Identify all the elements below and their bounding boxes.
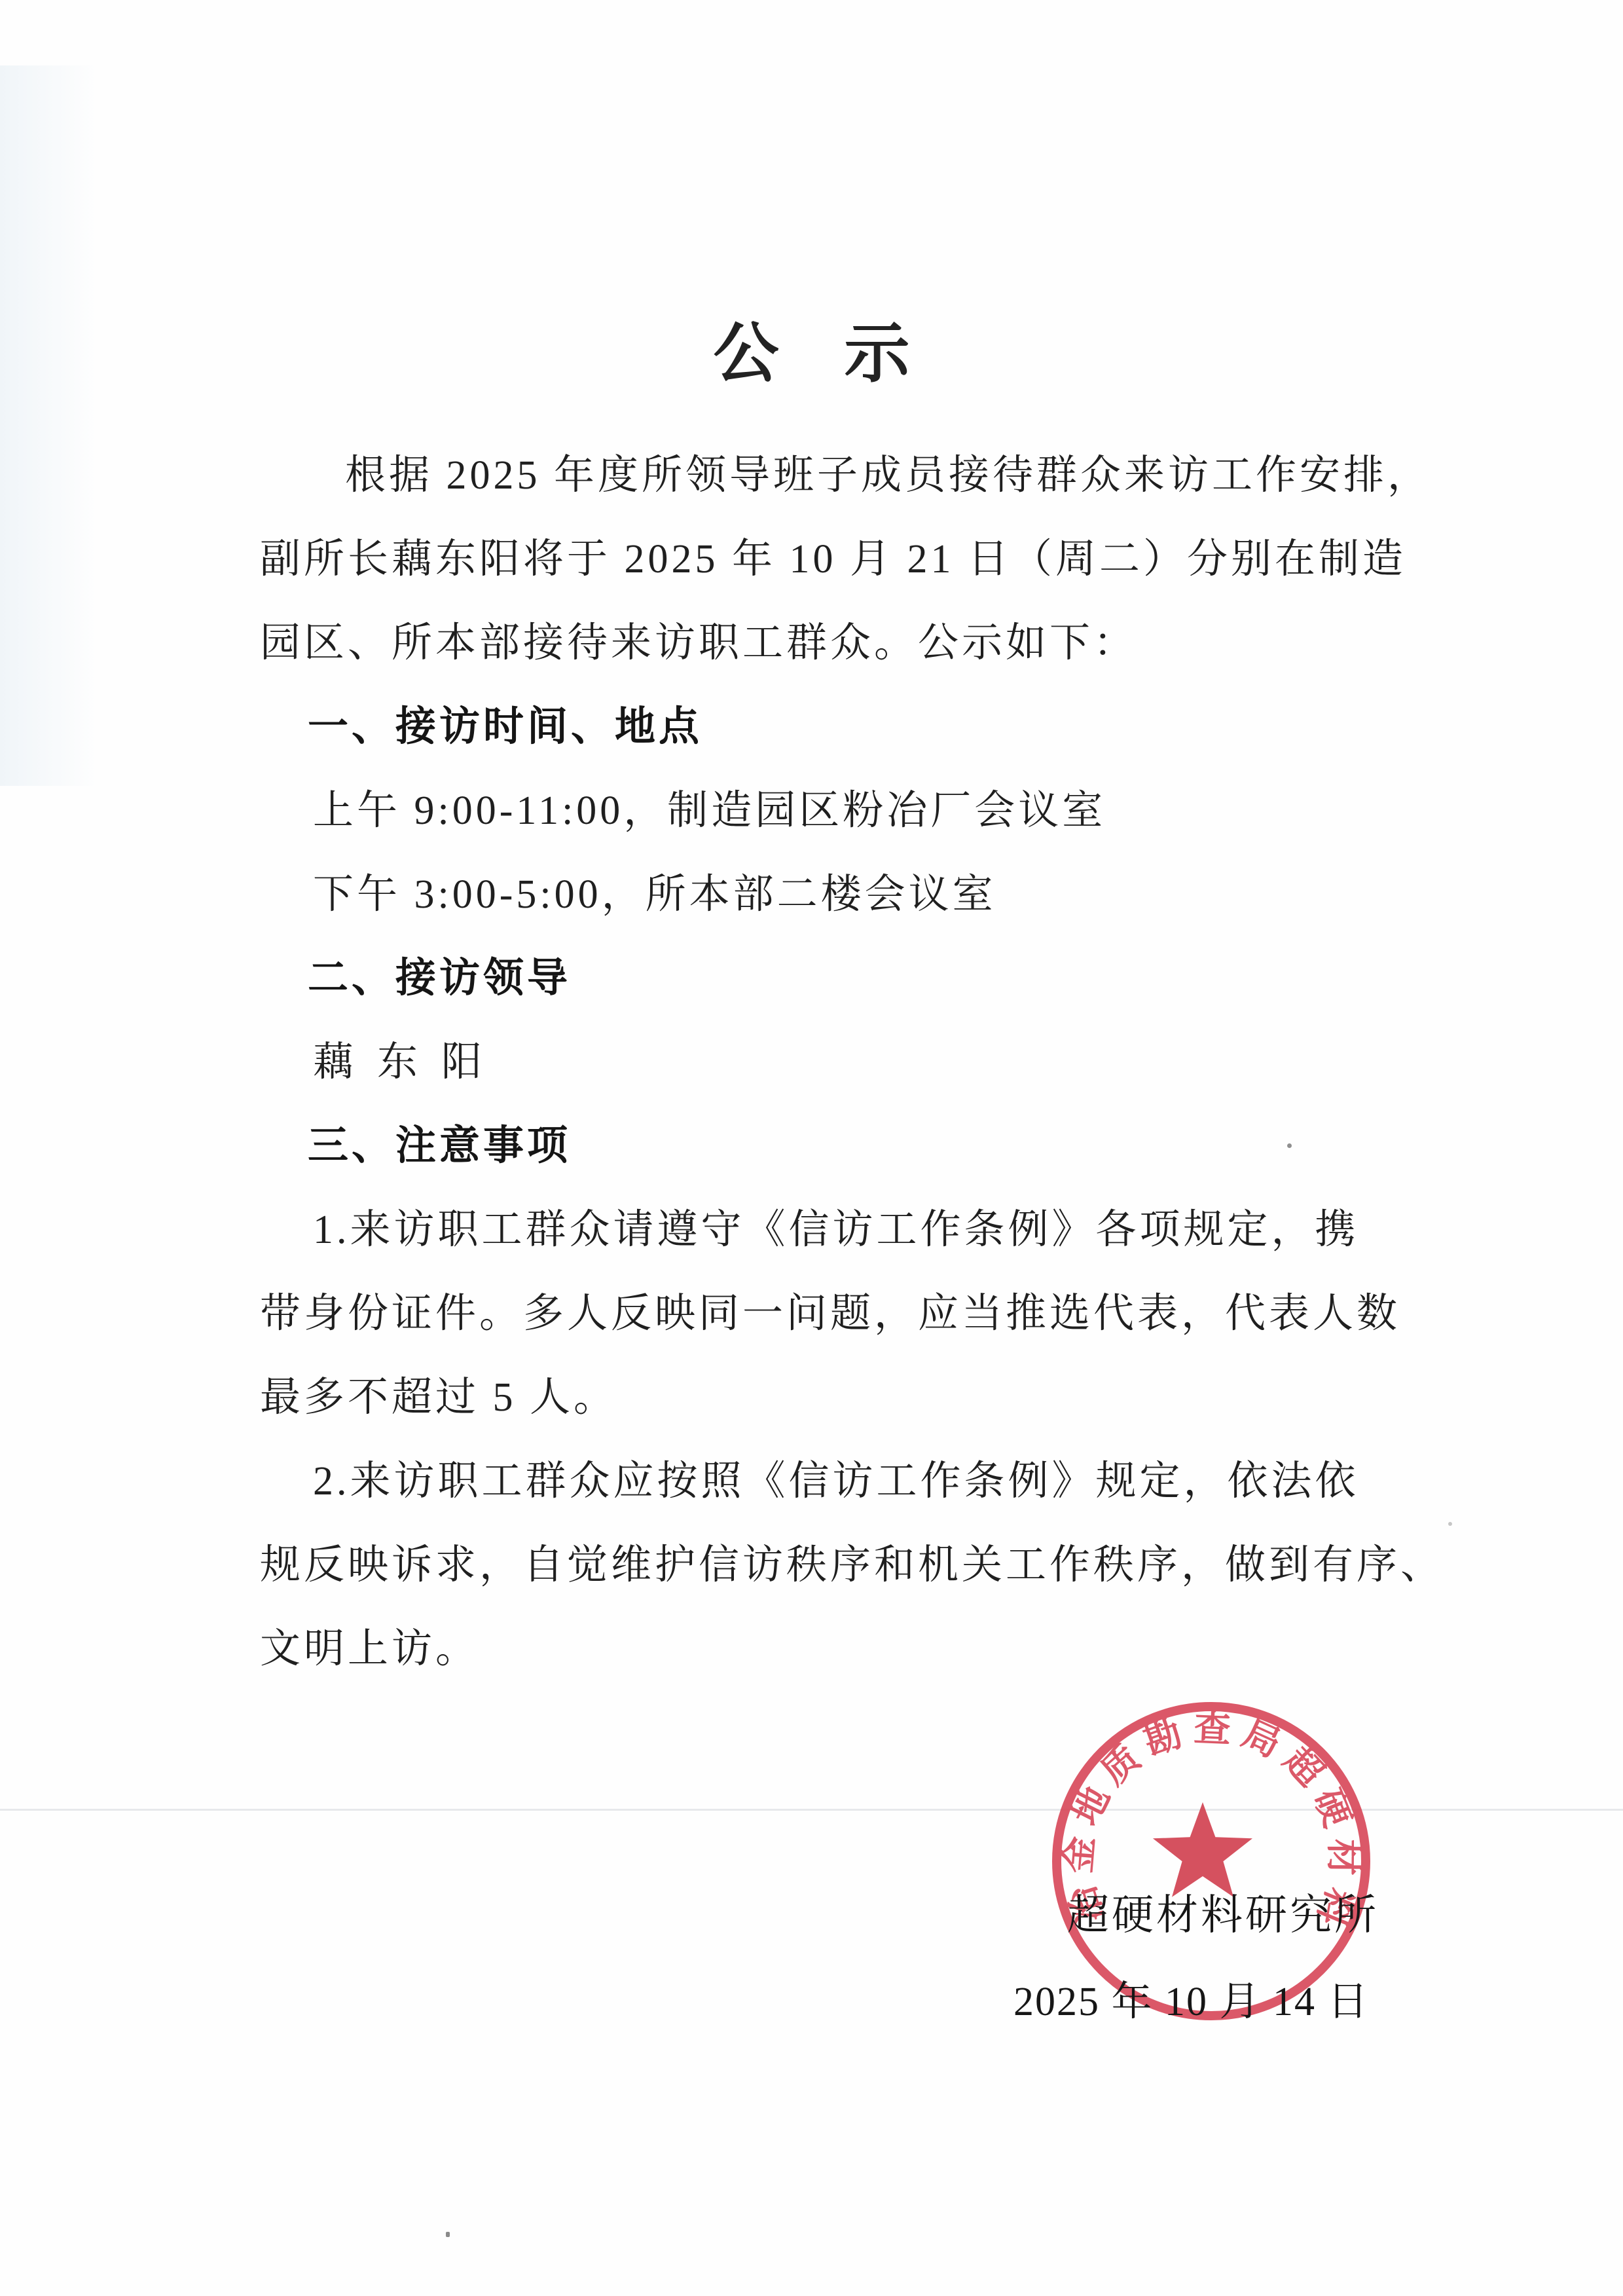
notice-line: 一、接访时间、地点 (308, 685, 702, 769)
signature-line: 超硬材料研究所 (1067, 1886, 1379, 1945)
notice-line: 带身份证件。多人反映同一问题，应当推选代表，代表人数 (260, 1272, 1400, 1356)
notice-line: 1.来访职工群众请遵守《信访工作条例》各项规定，携 (313, 1188, 1359, 1272)
date-line: 2025 年 10 月 14 日 (1013, 1972, 1370, 2031)
notice-line: 二、接访领导 (308, 936, 571, 1020)
scan-edge-streak (0, 65, 98, 786)
scanned-notice-page: 公 示 根据 2025 年度所领导班子成员接待群众来访工作安排，副所长藕东阳将于… (0, 0, 1623, 2296)
notice-line: 规反映诉求，自觉维护信访秩序和机关工作秩序，做到有序、 (260, 1523, 1444, 1607)
scan-artifact-line (0, 1809, 1623, 1811)
notice-line: 根据 2025 年度所领导班子成员接待群众来访工作安排， (345, 434, 1431, 517)
scan-speck (1287, 1143, 1292, 1148)
notice-line: 上午 9:00-11:00，制造园区粉冶厂会议室 (313, 769, 1106, 853)
scan-speck (446, 2232, 450, 2237)
notice-line: 下午 3:00-5:00，所本部二楼会议室 (313, 853, 996, 936)
notice-line: 副所长藕东阳将于 2025 年 10 月 21 日（周二）分别在制造 (260, 517, 1406, 601)
notice-line: 园区、所本部接待来访职工群众。公示如下： (260, 601, 1137, 685)
star-icon (1153, 1802, 1252, 1897)
notice-line: 文明上访。 (260, 1607, 479, 1691)
notice-title: 公 示 (0, 311, 1623, 396)
scan-speck (1448, 1522, 1452, 1526)
notice-line: 三、注意事项 (308, 1104, 571, 1188)
notice-line: 藕东阳 (313, 1020, 505, 1104)
seal-ring (1057, 1707, 1366, 2016)
notice-line: 最多不超过 5 人。 (260, 1356, 617, 1439)
notice-line: 2.来访职工群众应按照《信访工作条例》规定，依法依 (313, 1439, 1359, 1523)
